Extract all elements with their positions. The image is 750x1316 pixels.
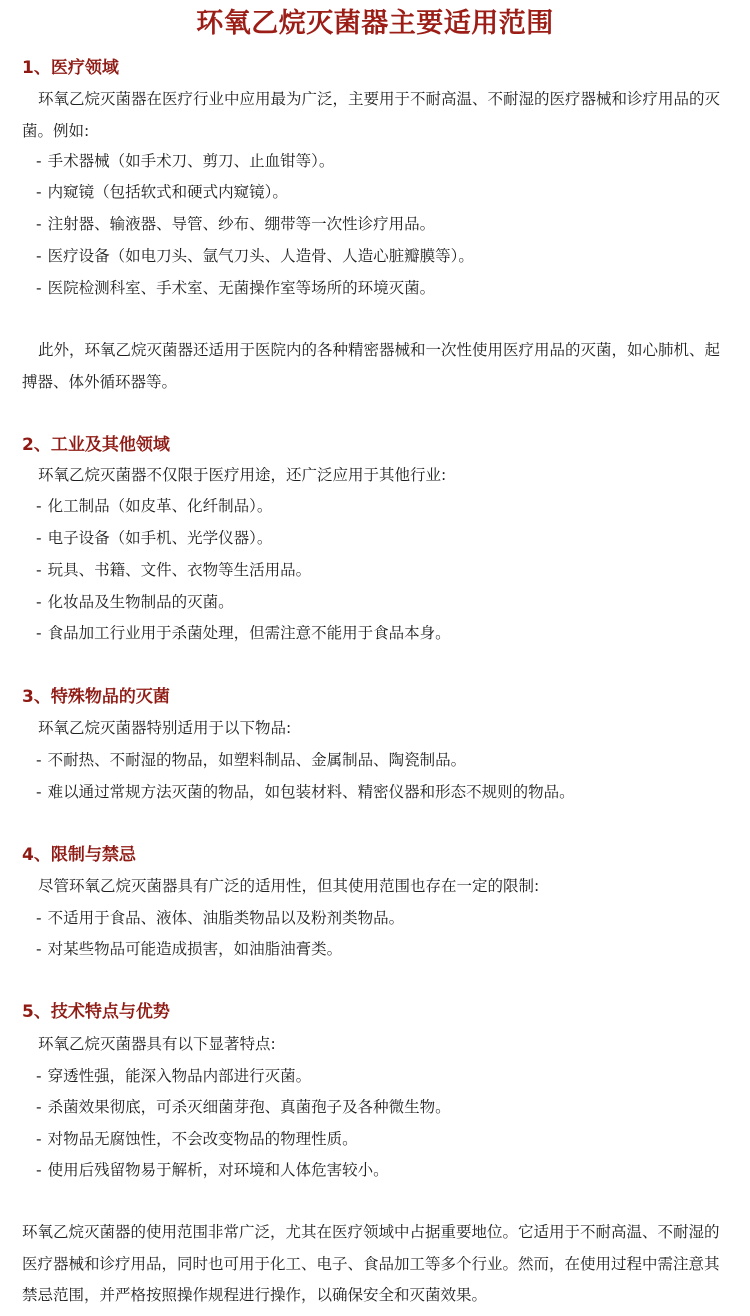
- list-item: -难以通过常规方法灭菌的物品，如包装材料、精密仪器和形态不规则的物品。: [36, 780, 575, 804]
- section-heading-restrictions: 4、限制与禁忌: [22, 843, 136, 867]
- list-item: -对某些物品可能造成损害，如油脂油膏类。: [36, 937, 342, 961]
- section-heading-features: 5、技术特点与优势: [22, 1000, 170, 1024]
- section-heading-medical: 1、医疗领域: [22, 56, 119, 80]
- section-intro-medical: 环氧乙烷灭菌器在医疗行业中应用最为广泛，主要用于不耐高温、不耐湿的医疗器械和诊疗…: [22, 84, 734, 147]
- section-intro-special: 环氧乙烷灭菌器特别适用于以下物品:: [38, 716, 291, 740]
- section-intro-industry: 环氧乙烷灭菌器不仅限于医疗用途，还广泛应用于其他行业:: [38, 463, 446, 487]
- list-item: -穿透性强，能深入物品内部进行灭菌。: [36, 1064, 311, 1088]
- list-item: -杀菌效果彻底，可杀灭细菌芽孢、真菌孢子及各种微生物。: [36, 1095, 451, 1119]
- list-item: -使用后残留物易于解析，对环境和人体危害较小。: [36, 1158, 389, 1182]
- list-item: -不耐热、不耐湿的物品，如塑料制品、金属制品、陶瓷制品。: [36, 748, 466, 772]
- list-item: -电子设备（如手机、光学仪器）。: [36, 526, 272, 550]
- page-title: 环氧乙烷灭菌器主要适用范围: [0, 4, 750, 44]
- list-item: -手术器械（如手术刀、剪刀、止血钳等）。: [36, 149, 334, 173]
- list-item: -注射器、输液器、导管、纱布、绷带等一次性诊疗用品。: [36, 212, 435, 236]
- section-intro-features: 环氧乙烷灭菌器具有以下显著特点:: [38, 1032, 276, 1056]
- list-item: -食品加工行业用于杀菌处理，但需注意不能用于食品本身。: [36, 621, 451, 645]
- list-item: -医疗设备（如电刀头、氩气刀头、人造骨、人造心脏瓣膜等）。: [36, 244, 474, 268]
- list-item: -玩具、书籍、文件、衣物等生活用品。: [36, 558, 311, 582]
- list-item: -化妆品及生物制品的灭菌。: [36, 590, 234, 614]
- list-item: -内窥镜（包括软式和硬式内窥镜）。: [36, 180, 288, 204]
- section-heading-industry: 2、工业及其他领域: [22, 433, 170, 457]
- conclusion-paragraph: 环氧乙烷灭菌器的使用范围非常广泛，尤其在医疗领域中占据重要地位。它适用于不耐高温…: [22, 1217, 734, 1312]
- list-item: -不适用于食品、液体、油脂类物品以及粉剂类物品。: [36, 906, 404, 930]
- section-heading-special: 3、特殊物品的灭菌: [22, 685, 170, 709]
- list-item: -化工制品（如皮革、化纤制品）。: [36, 494, 272, 518]
- list-item: -医院检测科室、手术室、无菌操作室等场所的环境灭菌。: [36, 276, 435, 300]
- section-intro-restrictions: 尽管环氧乙烷灭菌器具有广泛的适用性，但其使用范围也存在一定的限制:: [38, 874, 539, 898]
- section-extra-medical: 此外，环氧乙烷灭菌器还适用于医院内的各种精密器械和一次性使用医疗用品的灭菌，如心…: [22, 335, 734, 398]
- list-item: -对物品无腐蚀性，不会改变物品的物理性质。: [36, 1127, 358, 1151]
